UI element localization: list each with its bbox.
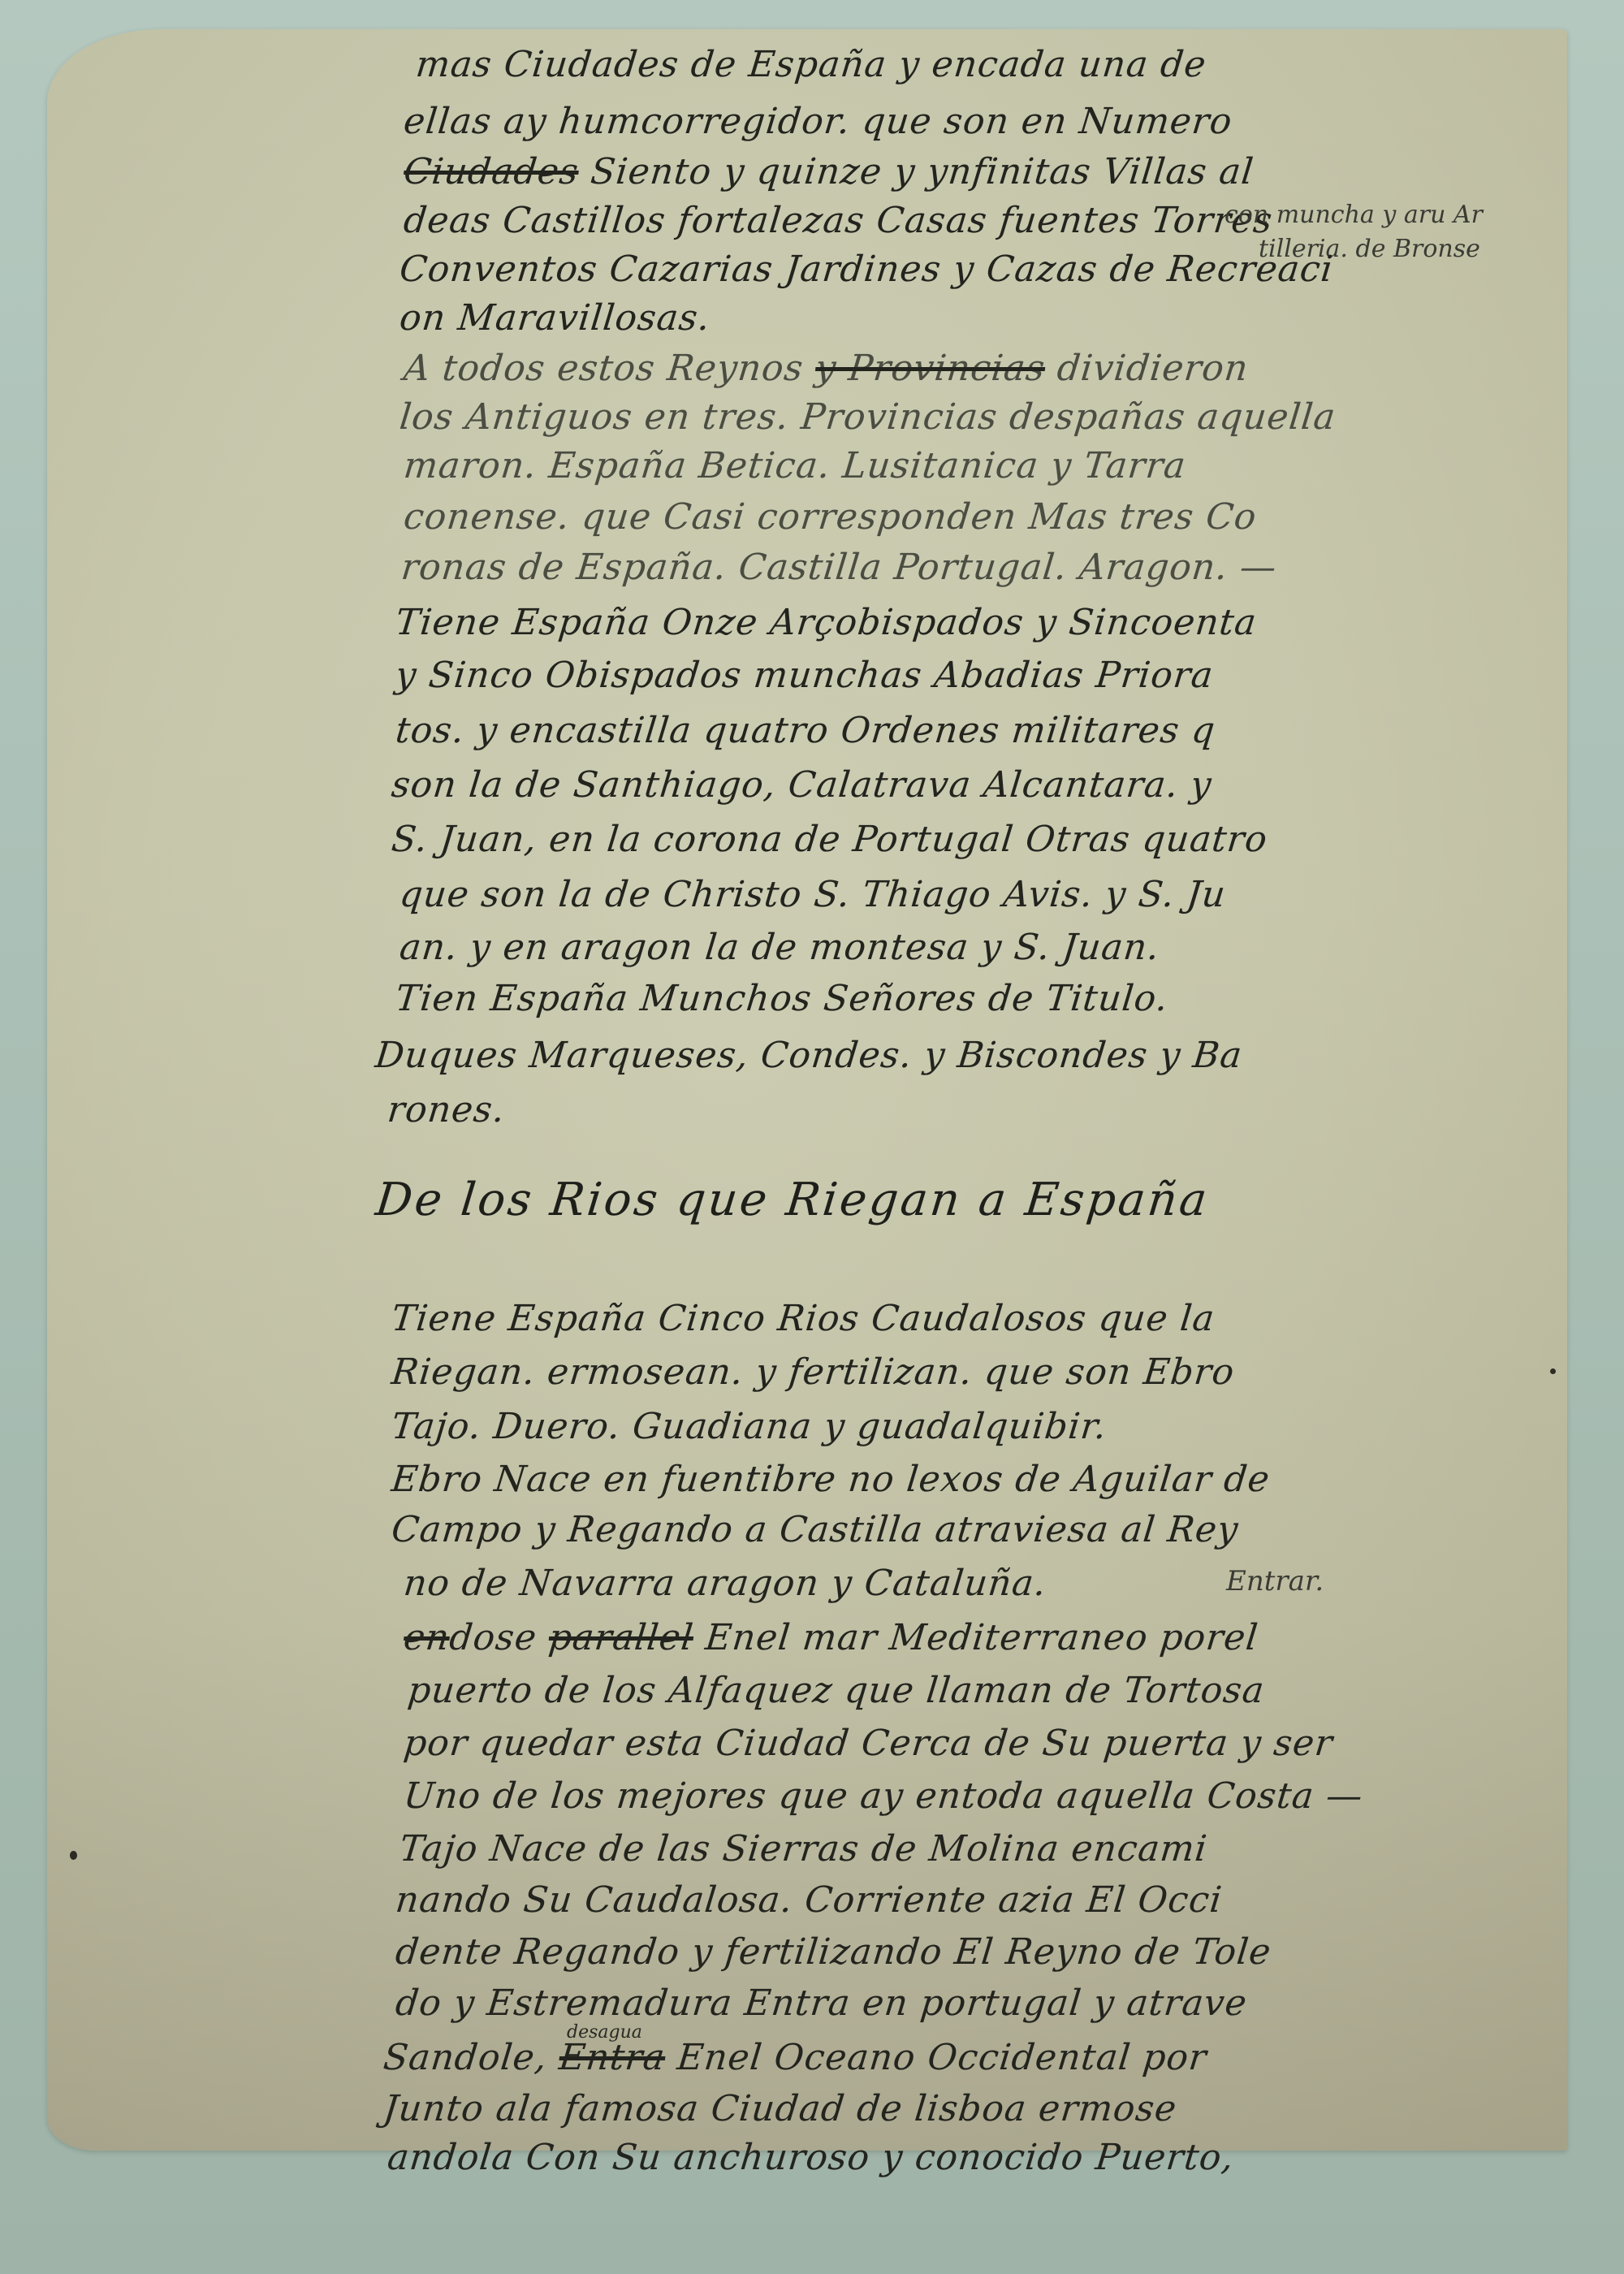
text-line: Tajo Nace de las Sierras de Molina encam… (398, 1831, 1209, 1867)
text-line: maron. España Betica. Lusitanica y Tarra (402, 448, 1188, 484)
text-line: conense. que Casi corresponden Mas tres … (402, 499, 1259, 535)
text-line: deas Castillos fortalezas Casas fuentes … (402, 203, 1275, 239)
text-fragment: Enel Oceano Occidental por (676, 2037, 1209, 2078)
text-line: Tien España Munchos Señores de Titulo. (394, 981, 1170, 1017)
text-line: Sandole, Entra Enel Oceano Occidental po… (382, 2040, 1208, 2076)
section-heading: De los Rios que Riegan a España (374, 1178, 1212, 1223)
margin-note: con muncha y aru Ar (1224, 203, 1483, 227)
text-fragment: Enel mar Mediterraneo porel (703, 1617, 1260, 1658)
text-line: Uno de los mejores que ay entoda aquella… (402, 1779, 1365, 1814)
text-line: andola Con Su anchuroso y conocido Puert… (386, 2140, 1236, 2176)
text-fragment: dividieron (1055, 348, 1250, 389)
text-line: Conventos Cazarias Jardines y Cazas de R… (398, 252, 1335, 287)
text-line: Duques Marqueses, Condes. y Biscondes y … (374, 1038, 1244, 1074)
text-line: Tajo. Duero. Guadiana y guadalquibir. (390, 1409, 1108, 1445)
text-line: S. Juan, en la corona de Portugal Otras … (390, 822, 1269, 858)
text-line: endose parallel Enel mar Mediterraneo po… (402, 1620, 1260, 1656)
struck-word: Ciudades (402, 151, 581, 192)
struck-word: y Provincias (814, 348, 1047, 389)
text-fragment: A todos estos Reynos (402, 348, 806, 389)
text-line: puerto de los Alfaquez que llaman de Tor… (406, 1673, 1267, 1709)
text-line: tos. y encastilla quatro Ordenes militar… (394, 713, 1217, 749)
ink-speck (70, 1851, 77, 1860)
text-line: Riegan. ermosean. y fertilizan. que son … (390, 1355, 1237, 1390)
text-line: mas Ciudades de España y encada una de (414, 47, 1208, 83)
text-line: Tiene España Cinco Rios Caudalosos que l… (390, 1301, 1216, 1337)
text-line: Campo y Regando a Castilla atraviesa al … (390, 1512, 1240, 1548)
text-line: ronas de España. Castilla Portugal. Arag… (400, 550, 1279, 586)
struck-word: Entra (557, 2037, 667, 2078)
struck-word: parallel (546, 1617, 695, 1658)
text-line: y Sinco Obispados munchas Abadias Priora (394, 658, 1216, 694)
struck-word: en (402, 1617, 452, 1658)
text-line: dente Regando y fertilizando El Reyno de… (394, 1935, 1273, 1970)
text-fragment: Sandole, (382, 2037, 550, 2078)
ink-speck (1550, 1368, 1556, 1374)
text-line: por quedar esta Ciudad Cerca de Su puert… (402, 1726, 1335, 1762)
text-line: on Maravillosas. (398, 300, 712, 336)
text-line: que son la de Christo S. Thiago Avis. y … (398, 877, 1228, 913)
text-line: an. y en aragon la de montesa y S. Juan. (398, 930, 1161, 966)
text-fragment: dose (447, 1617, 539, 1658)
text-line: Junto ala famosa Ciudad de lisboa ermose (382, 2091, 1178, 2127)
text-fragment: Siento y quinze y ynfinitas Villas al (589, 151, 1256, 192)
text-line: do y Estremadura Entra en portugal y atr… (394, 1986, 1249, 2021)
text-line: los Antiguos en tres. Provincias despaña… (398, 400, 1337, 435)
text-line: Ebro Nace en fuentibre no lexos de Aguil… (390, 1462, 1272, 1498)
text-line: Tiene España Onze Arçobispados y Sincoen… (394, 605, 1259, 641)
text-line: nando Su Caudalosa. Corriente azia El Oc… (394, 1883, 1224, 1918)
text-line: son la de Santhiago, Calatrava Alcantara… (390, 767, 1213, 803)
text-line: ellas ay humcorregidor. que son en Numer… (402, 104, 1234, 140)
text-line: no de Navarra aragon y Cataluña. (402, 1566, 1048, 1602)
text-line: rones. (386, 1092, 507, 1128)
margin-insert: Entrar. (1226, 1567, 1324, 1595)
text-line: Ciudades Siento y quinze y ynfinitas Vil… (402, 154, 1255, 190)
text-line: A todos estos Reynos y Provincias dividi… (402, 351, 1250, 387)
